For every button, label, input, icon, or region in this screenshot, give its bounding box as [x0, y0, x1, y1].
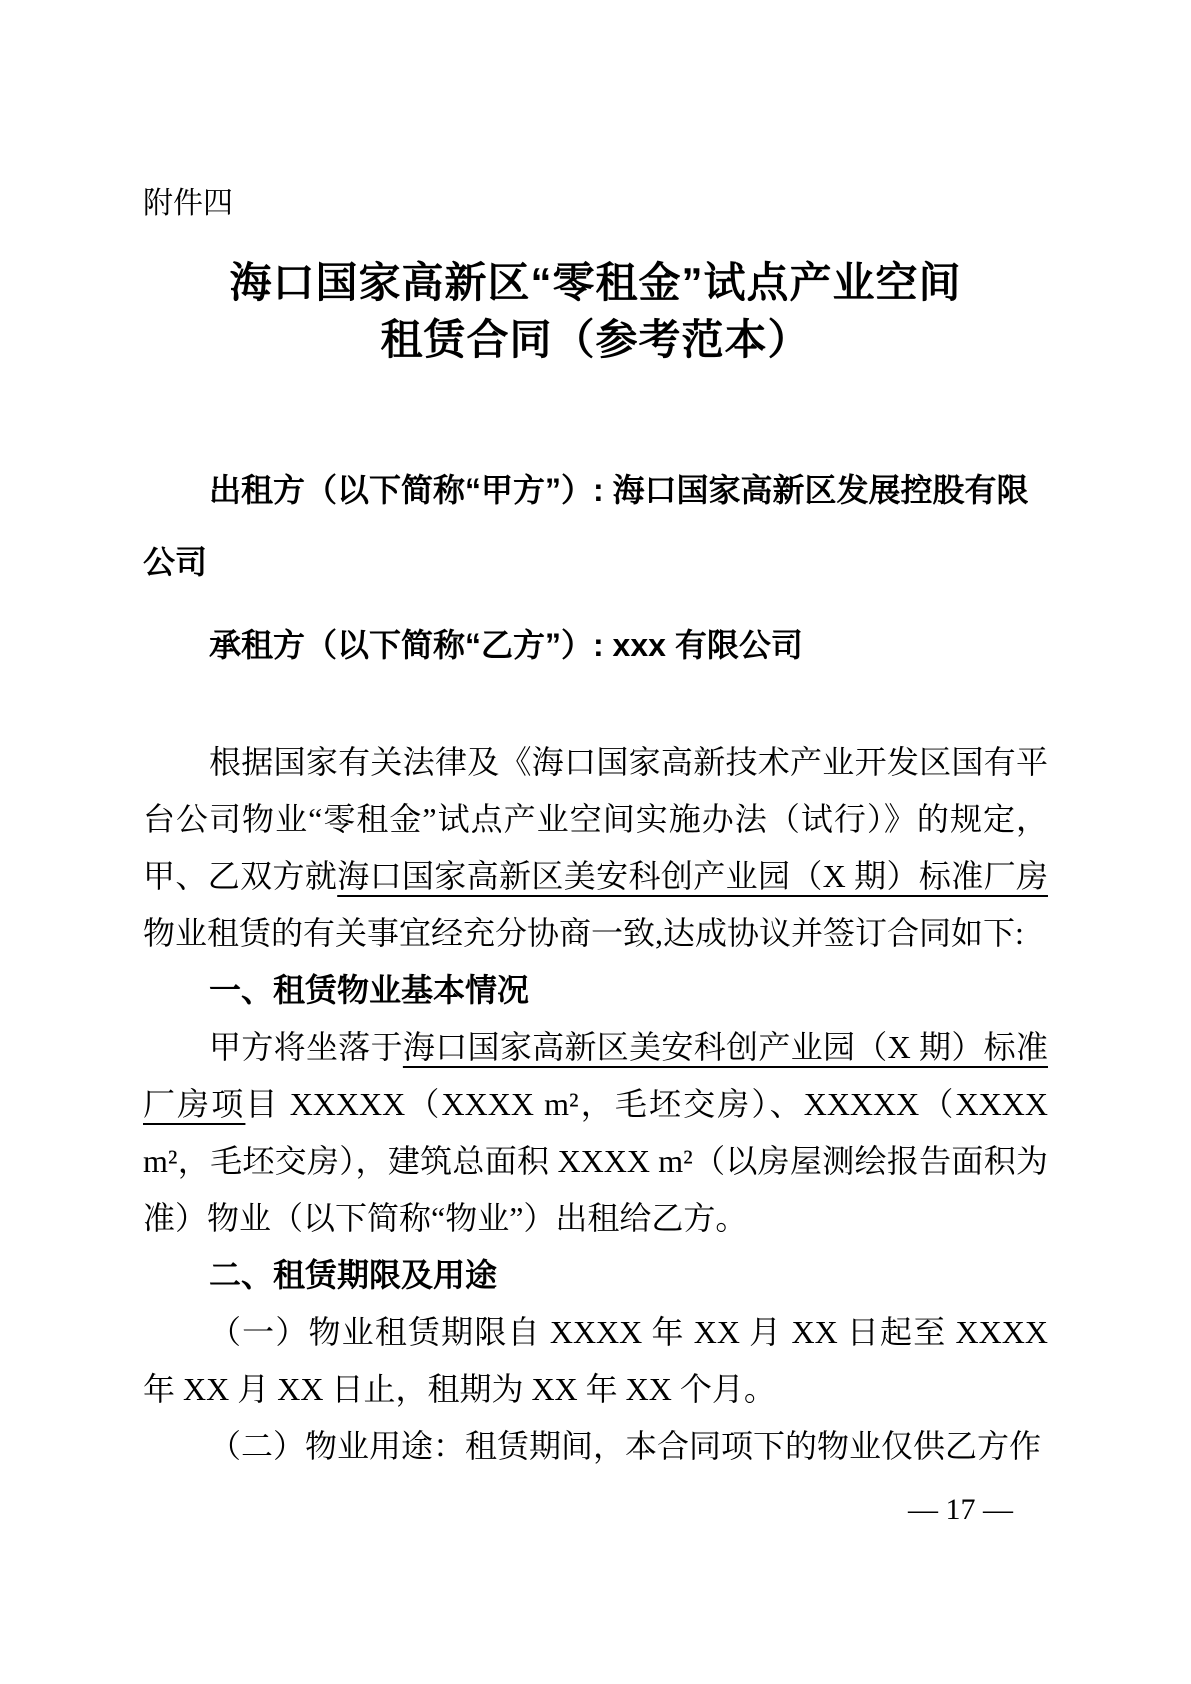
- lessor-line-2: 公司: [143, 526, 1048, 598]
- preamble-paragraph: 根据国家有关法律及《海口国家高新技术产业开发区国有平台公司物业“零租金”试点产业…: [143, 734, 1048, 962]
- document-title-line-1: 海口国家高新区“零租金”试点产业空间: [143, 254, 1048, 311]
- section-one-tail-text: 目 XXXXX（XXXX m²，毛坯交房）、XXXXX（XXXX m²，毛坯交房…: [143, 1086, 1048, 1236]
- contract-document-page: 附件四 海口国家高新区“零租金”试点产业空间 租赁合同（参考范本） 出租方（以下…: [0, 0, 1191, 1684]
- document-title: 海口国家高新区“零租金”试点产业空间 租赁合同（参考范本）: [143, 254, 1048, 368]
- document-title-line-2: 租赁合同（参考范本）: [143, 311, 1048, 368]
- section-one-body-paragraph: 甲方将坐落于海口国家高新区美安科创产业园（X 期）标准厂房项目 XXXXX（XX…: [143, 1019, 1048, 1247]
- attachment-label: 附件四: [143, 0, 1048, 222]
- section-two-heading: 二、租赁期限及用途: [143, 1247, 1048, 1304]
- section-one-lead-text: 甲方将坐落于: [209, 1029, 403, 1065]
- lessee-line: 承租方（以下简称“乙方”）: xxx 有限公司: [143, 616, 1048, 674]
- page-content: 附件四 海口国家高新区“零租金”试点产业空间 租赁合同（参考范本） 出租方（以下…: [0, 0, 1191, 1475]
- section-two-clause-two: （二）物业用途：租赁期间，本合同项下的物业仅供乙方作: [143, 1418, 1048, 1475]
- parties-block: 出租方（以下简称“甲方”）: 海口国家高新区发展控股有限 公司 承租方（以下简称…: [143, 454, 1048, 674]
- section-two-clause-one: （一）物业租赁期限自 XXXX 年 XX 月 XX 日起至 XXXX 年 XX …: [143, 1304, 1048, 1418]
- section-one-heading: 一、租赁物业基本情况: [143, 962, 1048, 1019]
- page-number: — 17 —: [908, 1492, 1013, 1528]
- preamble-tail-text: 物业租赁的有关事宜经充分协商一致,达成协议并签订合同如下:: [143, 915, 1024, 951]
- preamble-underlined-phrase: 海口国家高新区美安科创产业园（X 期）标准厂房: [337, 858, 1048, 894]
- lessor-line-1: 出租方（以下简称“甲方”）: 海口国家高新区发展控股有限: [143, 454, 1048, 526]
